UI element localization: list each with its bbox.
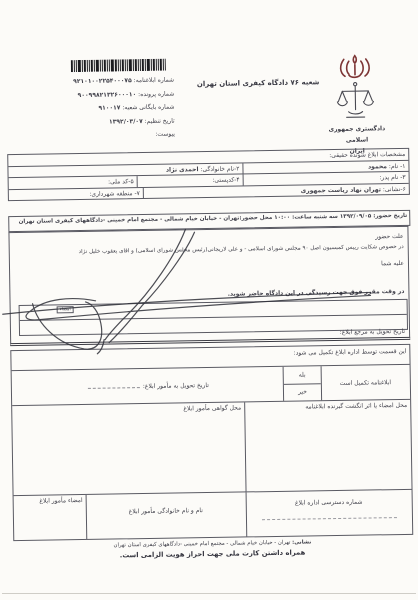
footer-address-label: نشانی:	[292, 539, 311, 545]
officer-certification-area: محل گواهی مأمور ابلاغ	[12, 402, 245, 495]
name-label: ۱- نام:	[389, 162, 406, 169]
document-numbers: شماره ابلاغنامه: ۹۲۱۰۱۰۰۲۲۵۴۰۰۰۷۵ شماره …	[24, 74, 175, 144]
national-id-cell: ۵-کد ملی:	[9, 176, 137, 189]
issue-date-label: تاریخ تنظیم:	[145, 117, 175, 124]
reason-box: علت حضور در خصوص شکایت رییس کمیسیون اصل …	[8, 226, 410, 346]
signature-subbox-row1	[20, 300, 407, 321]
officer-delivery-dashed-line	[88, 386, 140, 389]
officer-signature-cell: امضاء مأمور ابلاغ	[14, 495, 87, 540]
attachment-label: پیوست:	[155, 131, 175, 138]
notice-number-label: شماره ابلاغنامه:	[134, 77, 175, 85]
case-number-value: ۹۰۰۹۹۸۲۱۳۲۶۰۰۰۱۰	[78, 91, 137, 99]
access-number-cell: شماره دسترسی اداره ابلاغ	[246, 490, 413, 537]
scan-edge-line	[2, 593, 416, 594]
officer-delivery-cell: تاریخ تحویل به مأمور ابلاغ:	[12, 367, 284, 405]
district-cell: ۷- منطقه شهرداری:	[9, 188, 143, 201]
family-value: احمدی نژاد	[166, 166, 199, 174]
name-value: محمود	[368, 163, 387, 170]
recipient-details-table: مشخصات ابلاغ شونده حقیقی: ۱- نام: محمود …	[7, 148, 410, 201]
court-branch-title: شعبه ۷۶ دادگاه کیفری استان تهران	[184, 78, 332, 88]
scales-of-justice-icon	[337, 82, 374, 117]
reason-title: علت حضور	[375, 233, 403, 240]
yes-no-cell: بله خیر	[283, 366, 322, 401]
attachment-line: پیوست:	[25, 128, 175, 144]
office-section-table: این قسمت توسط اداره ابلاغ تکمیل می شود: …	[10, 344, 413, 541]
issue-date-line: تاریخ تنظیم: ۱۳۹۲/۰۳/۰۷	[25, 114, 175, 130]
reason-body: در خصوص شکایت رییس کمیسیون اصل ۹۰ مجلس ش…	[13, 244, 404, 256]
officer-name-cell: نام و نام خانوادگی مأمور ابلاغ	[86, 492, 247, 539]
notice-complete-label: ابلاغنامه تکمیل است	[321, 365, 411, 400]
hearing-line: تاریخ حضور: ۱۳۹۲/۰۹/۰۵ سه شنبه ساعت: ۱۰:…	[9, 211, 409, 225]
yes-option: بله	[284, 366, 321, 384]
recipient-signature-area: محل امضاء یا اثر انگشت گیرنده ابلاغنامه	[244, 400, 411, 492]
postal-cell: ۴-کدپستی:	[137, 174, 243, 186]
iran-emblem-icon	[334, 52, 377, 123]
no-option: خیر	[284, 384, 321, 401]
family-label: ۲-نام خانوادگی:	[200, 165, 239, 173]
address-label: ۶-نشانی:	[383, 185, 406, 192]
officer-delivery-label: تاریخ تحویل به مأمور ابلاغ:	[143, 382, 209, 391]
archive-number-value: ۹۱۰۰۱۷	[98, 104, 120, 111]
office-row-signatures: محل امضاء یا اثر انگشت گیرنده ابلاغنامه …	[12, 399, 411, 495]
appearance-instruction: در وقت مقرر فوق جهت رسیدگی در این دادگاه…	[228, 288, 405, 298]
document-body: شماره ابلاغنامه: ۹۲۱۰۱۰۰۲۲۵۴۰۰۰۷۵ شماره …	[0, 0, 418, 600]
access-number-dashed-line	[261, 516, 396, 520]
barcode-icon	[71, 59, 166, 72]
case-number-label: شماره پرونده:	[138, 90, 174, 98]
address-value: تهران نهاد ریاست جمهوری	[301, 186, 381, 194]
footer-address-value: تهران - خیابان خیام شمالی - مجتمع امام خ…	[113, 540, 290, 549]
scanned-court-summons: شماره ابلاغنامه: ۹۲۱۰۱۰۰۲۲۵۴۰۰۰۷۵ شماره …	[0, 0, 418, 600]
issue-date-value: ۱۳۹۲/۰۳/۰۷	[109, 118, 143, 126]
notice-number-value: ۹۲۱۰۱۰۰۲۲۵۴۰۰۰۷۵	[73, 77, 132, 85]
reason-body2: علیه شما	[381, 260, 404, 267]
archive-number-label: شماره بایگانی شعبه:	[122, 104, 174, 112]
judiciary-line1: دادگستری جمهوری اسلامی	[317, 123, 397, 146]
delivery-to-authority-label: تاریخ تحویل به مرجع ابلاغ:	[340, 328, 405, 336]
signature-tag: امضاء	[57, 306, 74, 313]
access-number-label: شماره دسترسی اداره ابلاغ	[249, 498, 409, 508]
office-row-bottom: شماره دسترسی اداره ابلاغ نام و نام خانوا…	[14, 489, 413, 540]
